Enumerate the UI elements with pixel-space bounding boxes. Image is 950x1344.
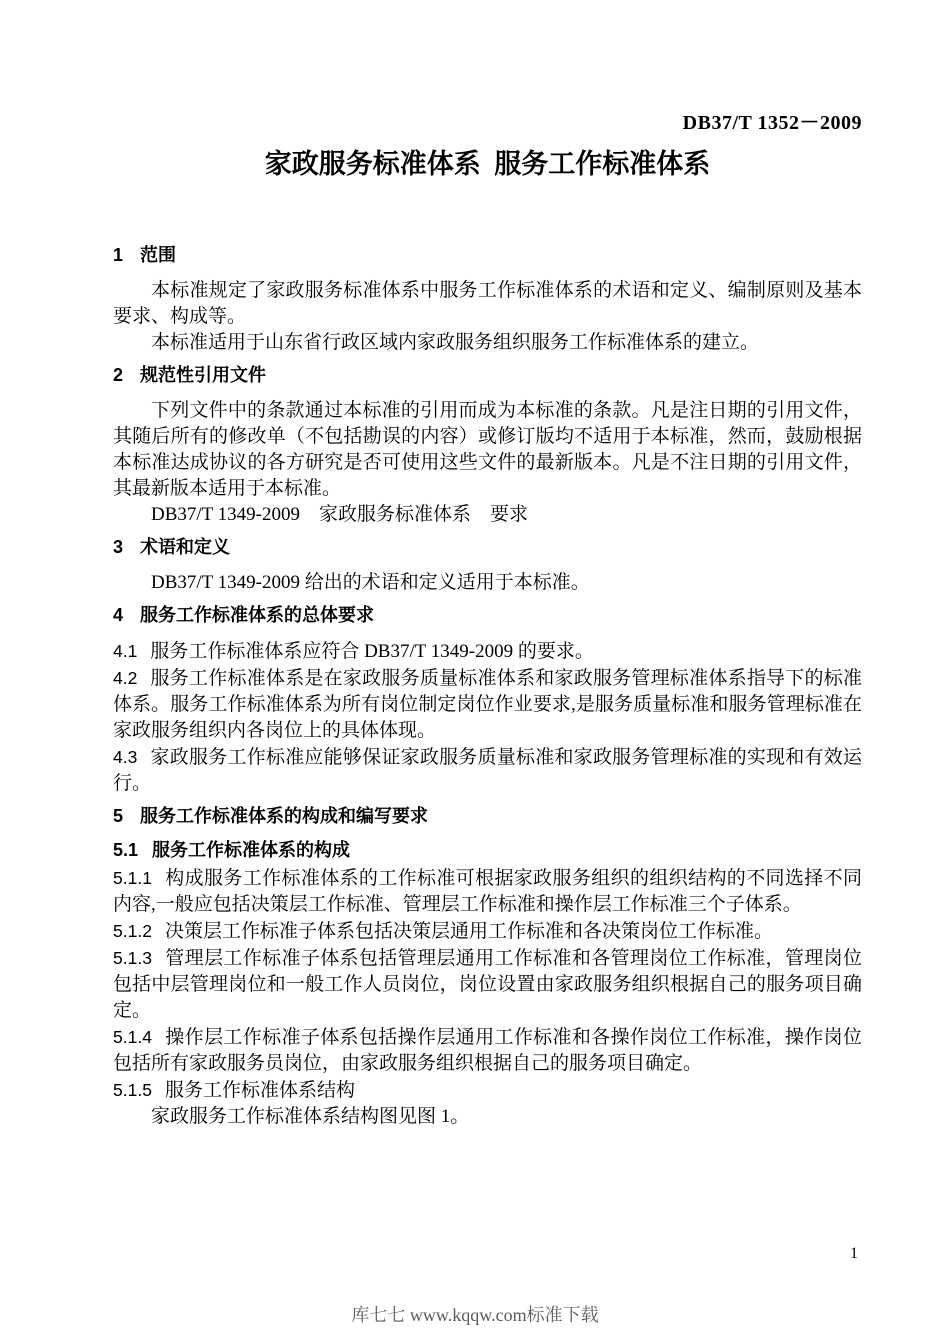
paragraph: 家政服务工作标准体系结构图见图 1。 xyxy=(113,1104,862,1130)
section-number: 2 xyxy=(113,364,123,386)
clause-number: 5.1.2 xyxy=(113,921,152,941)
clause-text: 管理层工作标准子体系包括管理层通用工作标准和各管理岗位工作标准，管理岗位包括中层… xyxy=(113,948,862,1021)
clause-text: 服务工作标准体系应符合 DB37/T 1349-2009 的要求。 xyxy=(150,641,594,662)
clause: 5.1.5服务工作标准体系结构 xyxy=(113,1077,862,1104)
paragraph: 本标准规定了家政服务标准体系中服务工作标准体系的术语和定义、编制原则及基本要求、… xyxy=(113,278,862,330)
section-heading: 5服务工作标准体系的构成和编写要求 xyxy=(113,805,862,827)
clause: 4.2服务工作标准体系是在家政服务质量标准体系和家政服务管理标准体系指导下的标准… xyxy=(113,665,862,744)
clause-number: 5.1.4 xyxy=(113,1027,152,1047)
clause-number: 5.1.3 xyxy=(113,948,152,968)
clause-text: 决策层工作标准子体系包括决策层通用工作标准和各决策岗位工作标准。 xyxy=(165,921,773,942)
clause-text: 服务工作标准体系是在家政服务质量标准体系和家政服务管理标准体系指导下的标准体系。… xyxy=(113,668,862,741)
section-number: 3 xyxy=(113,536,123,558)
clause-number: 4.1 xyxy=(113,641,137,661)
clause: 5.1.3管理层工作标准子体系包括管理层通用工作标准和各管理岗位工作标准，管理岗… xyxy=(113,945,862,1024)
doc-code: DB37/T 1352－2009 xyxy=(113,112,862,135)
section-heading: 2规范性引用文件 xyxy=(113,364,862,386)
section-normative-references: 2规范性引用文件 下列文件中的条款通过本标准的引用而成为本标准的条款。凡是注日期… xyxy=(113,364,862,528)
section-scope: 1范围 本标准规定了家政服务标准体系中服务工作标准体系的术语和定义、编制原则及基… xyxy=(113,244,862,356)
section-number: 1 xyxy=(113,244,123,266)
referenced-standard: DB37/T 1349-2009 家政服务标准体系 要求 xyxy=(113,502,862,528)
doc-title: 家政服务标准体系 服务工作标准体系 xyxy=(113,149,862,180)
section-heading-text: 术语和定义 xyxy=(140,537,230,557)
section-number: 5 xyxy=(113,805,123,827)
section-terms-definitions: 3术语和定义 DB37/T 1349-2009 给出的术语和定义适用于本标准。 xyxy=(113,536,862,596)
section-heading: 4服务工作标准体系的总体要求 xyxy=(113,604,862,626)
clause: 5.1.4操作层工作标准子体系包括操作层通用工作标准和各操作岗位工作标准，操作岗… xyxy=(113,1024,862,1077)
section-heading: 1范围 xyxy=(113,244,862,266)
section-heading-text: 范围 xyxy=(140,245,176,265)
clause-number: 5.1.1 xyxy=(113,868,152,888)
paragraph: 下列文件中的条款通过本标准的引用而成为本标准的条款。凡是注日期的引用文件，其随后… xyxy=(113,398,862,502)
section-composition-requirements: 5服务工作标准体系的构成和编写要求 5.1服务工作标准体系的构成 5.1.1构成… xyxy=(113,805,862,1130)
document-page: DB37/T 1352－2009 家政服务标准体系 服务工作标准体系 1范围 本… xyxy=(0,0,950,1344)
section-heading-text: 服务工作标准体系的总体要求 xyxy=(140,605,374,625)
section-heading-text: 服务工作标准体系的构成和编写要求 xyxy=(140,806,428,826)
section-general-requirements: 4服务工作标准体系的总体要求 4.1服务工作标准体系应符合 DB37/T 134… xyxy=(113,604,862,797)
clause-text: 构成服务工作标准体系的工作标准可根据家政服务组织的组织结构的不同选择不同内容,一… xyxy=(113,868,862,915)
page-number: 1 xyxy=(850,1246,858,1262)
clause: 4.1服务工作标准体系应符合 DB37/T 1349-2009 的要求。 xyxy=(113,638,862,665)
clause-number: 5.1.5 xyxy=(113,1080,152,1100)
section-number: 4 xyxy=(113,604,123,626)
subsection-number: 5.1 xyxy=(113,839,138,861)
clause-number: 4.2 xyxy=(113,668,137,688)
clause-text: 服务工作标准体系结构 xyxy=(165,1080,355,1101)
subsection-heading-text: 服务工作标准体系的构成 xyxy=(152,840,350,860)
clause: 5.1.2决策层工作标准子体系包括决策层通用工作标准和各决策岗位工作标准。 xyxy=(113,918,862,945)
clause-text: 操作层工作标准子体系包括操作层通用工作标准和各操作岗位工作标准，操作岗位包括所有… xyxy=(113,1027,862,1074)
paragraph: 本标准适用于山东省行政区域内家政服务组织服务工作标准体系的建立。 xyxy=(113,330,862,356)
paragraph: DB37/T 1349-2009 给出的术语和定义适用于本标准。 xyxy=(113,570,862,596)
clause-number: 4.3 xyxy=(113,747,137,767)
section-heading-text: 规范性引用文件 xyxy=(140,365,266,385)
section-heading: 3术语和定义 xyxy=(113,536,862,558)
document-content: DB37/T 1352－2009 家政服务标准体系 服务工作标准体系 1范围 本… xyxy=(0,0,950,1130)
clause-text: 家政服务工作标准应能够保证家政服务质量标准和家政服务管理标准的实现和有效运行。 xyxy=(113,747,862,794)
footer-watermark: 库七七 www.kqqw.com标准下载 xyxy=(0,1305,950,1325)
clause: 4.3家政服务工作标准应能够保证家政服务质量标准和家政服务管理标准的实现和有效运… xyxy=(113,744,862,797)
clause: 5.1.1构成服务工作标准体系的工作标准可根据家政服务组织的组织结构的不同选择不… xyxy=(113,865,862,918)
subsection-heading: 5.1服务工作标准体系的构成 xyxy=(113,839,862,861)
